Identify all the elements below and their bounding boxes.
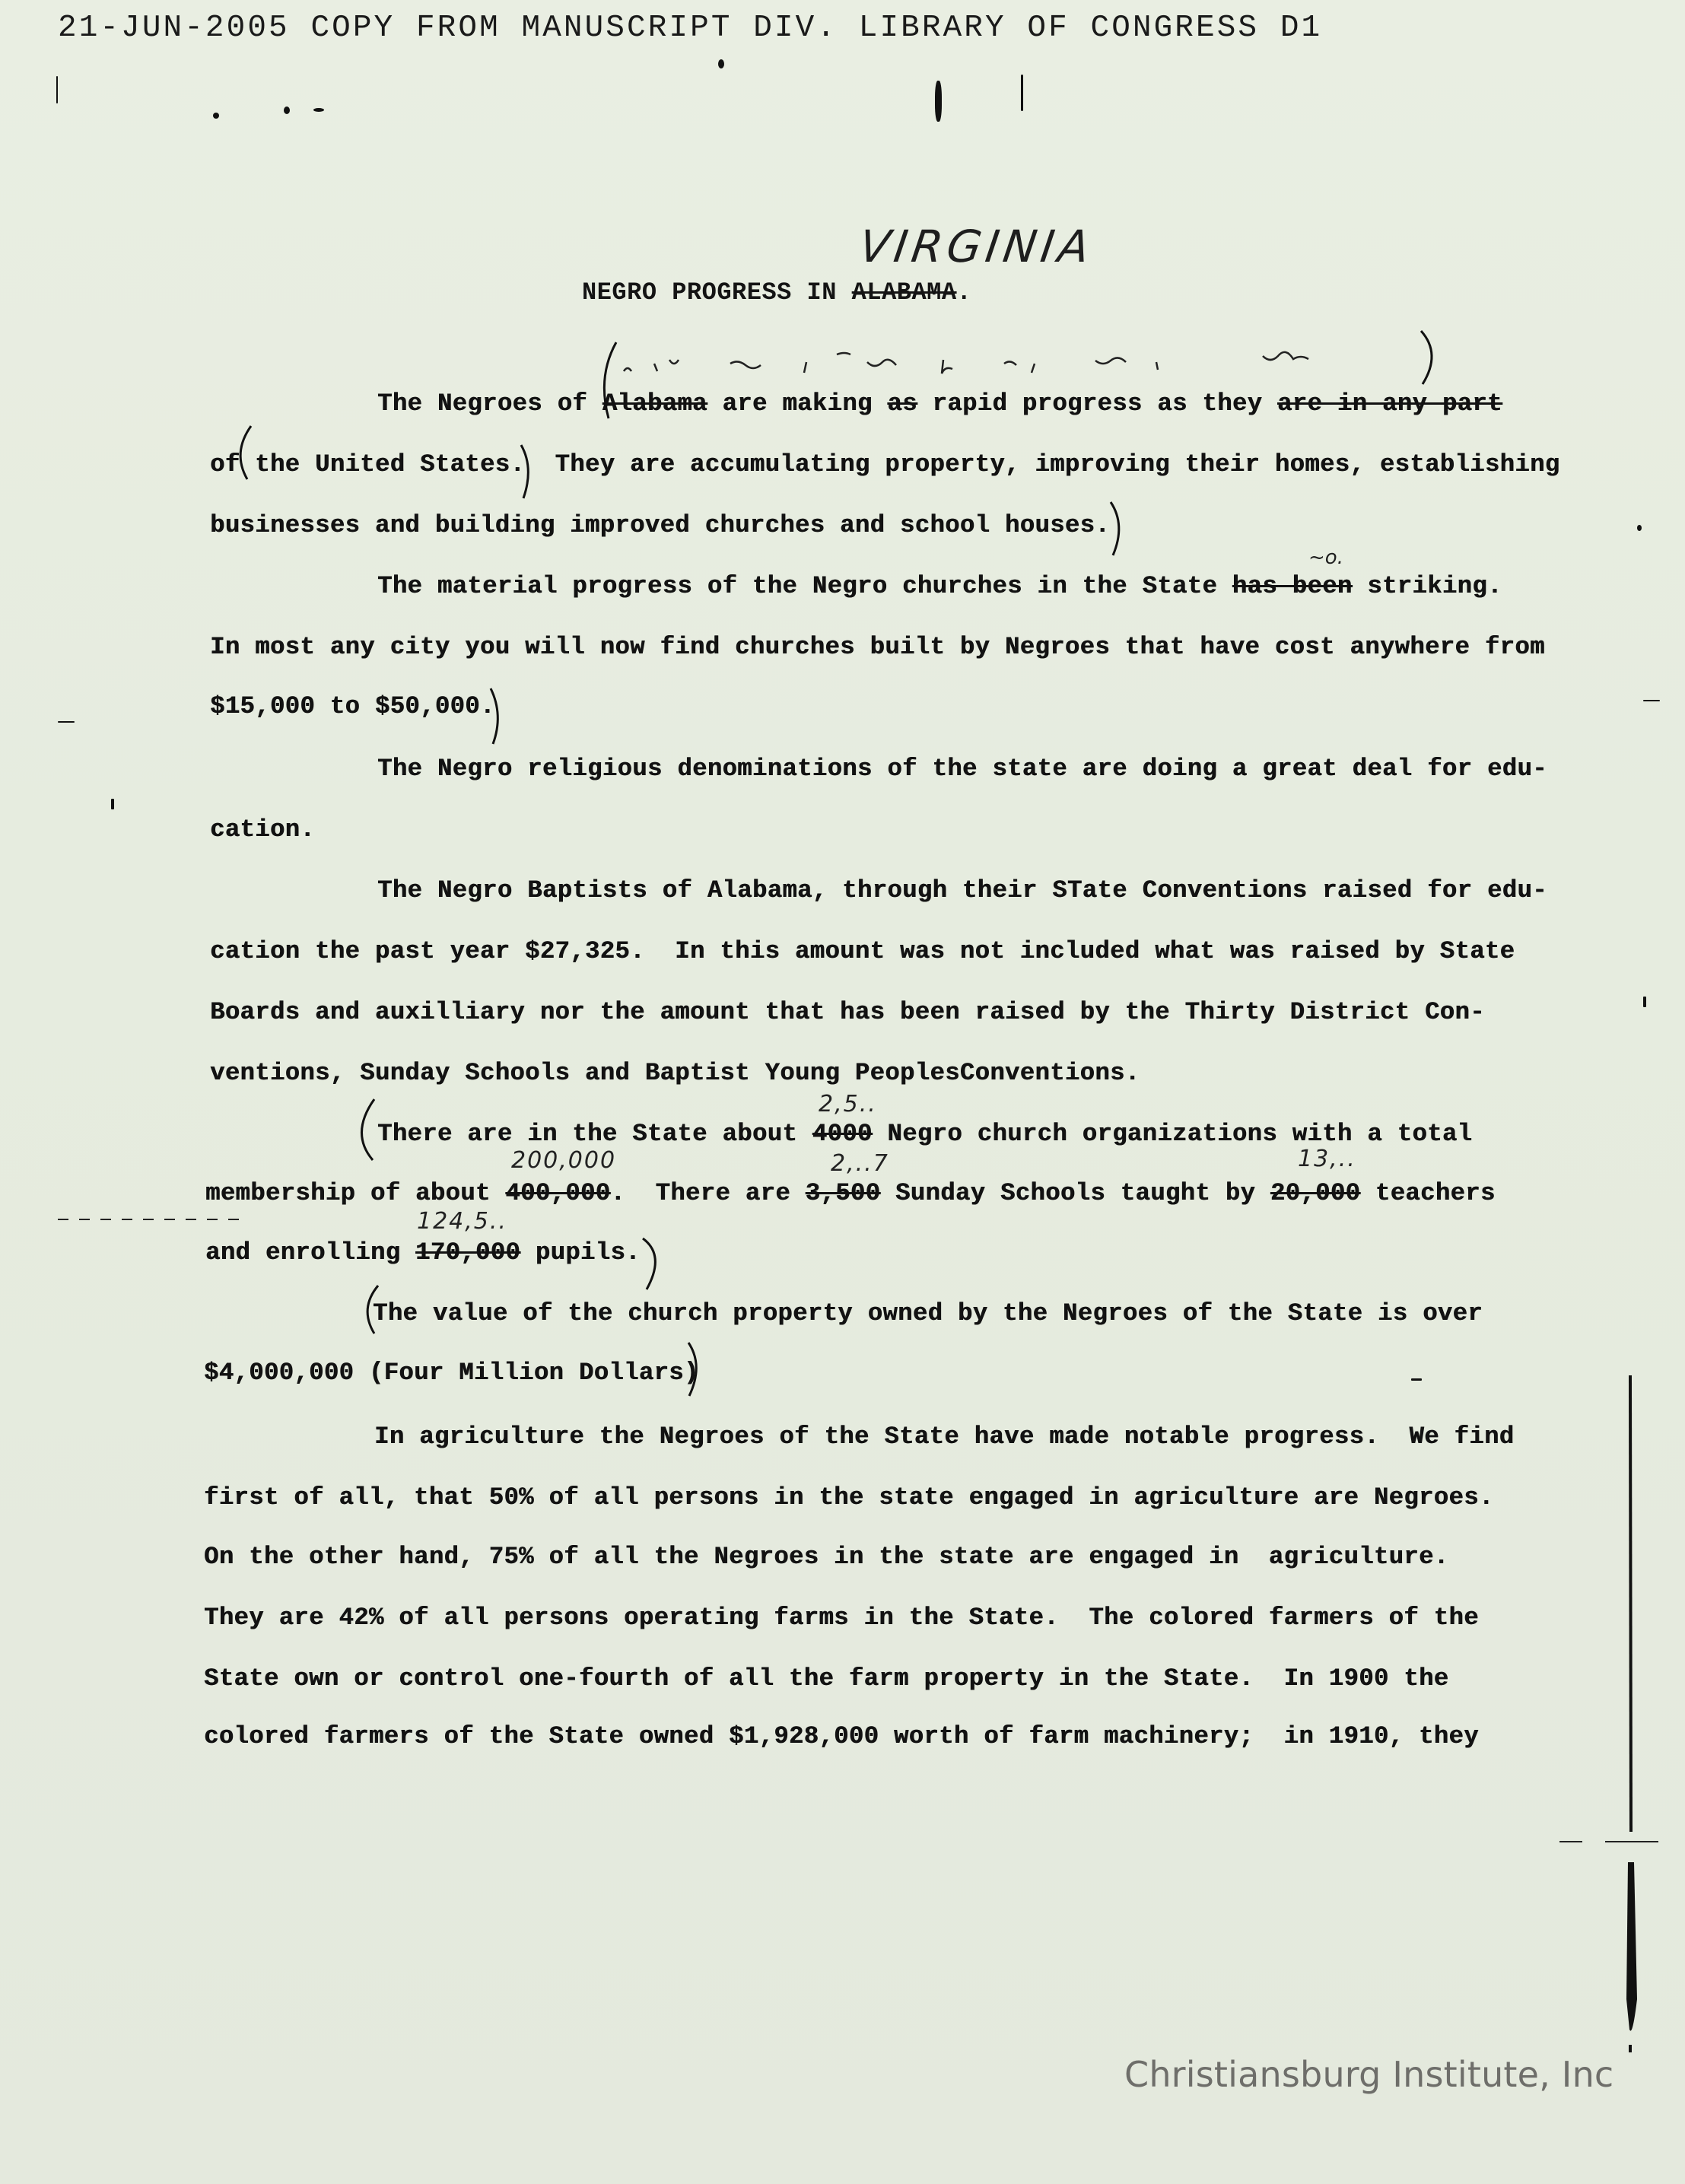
handwritten-state-correction: VIRGINIA: [856, 221, 1097, 272]
scan-speck: [1637, 525, 1642, 531]
paragraph-4-line-4: ventions, Sunday Schools and Baptist You…: [210, 1059, 1140, 1087]
handwritten-bracket-close-p5: [639, 1232, 669, 1293]
margin-crop-mark: [1559, 1841, 1582, 1842]
handwritten-correction-organizations: 2,5..: [819, 1091, 877, 1117]
struck-text: 3,500: [806, 1179, 881, 1207]
scan-speck: [1643, 997, 1646, 1007]
handwritten-correction-has-been: ~o.: [1308, 546, 1343, 569]
paragraph-4-line-3: Boards and auxilliary nor the amount tha…: [210, 998, 1485, 1026]
margin-ink-bar: [1619, 1375, 1642, 2060]
paragraph-7-line-2: first of all, that 50% of all persons in…: [204, 1483, 1494, 1512]
handwritten-correction-membership: 200,000: [511, 1147, 616, 1174]
scan-speck: [313, 108, 324, 112]
scan-speck: [284, 106, 290, 114]
handwritten-bracket-close-p1b: [1107, 498, 1130, 559]
struck-text: 4000: [812, 1120, 873, 1148]
paragraph-7-line-6: colored farmers of the State owned $1,92…: [204, 1722, 1479, 1750]
paragraph-2-line-3: $15,000 to $50,000.: [210, 692, 495, 720]
paragraph-7-line-3: On the other hand, 75% of all the Negroe…: [204, 1543, 1448, 1571]
paragraph-1-line-2: of the United States. They are accumulat…: [210, 450, 1559, 478]
title-prefix: NEGRO PROGRESS IN: [582, 278, 852, 307]
archive-copy-stamp: 21-JUN-2005 COPY FROM MANUSCRIPT DIV. LI…: [58, 11, 1322, 46]
struck-text: 20,000: [1270, 1179, 1360, 1207]
paragraph-1-line-1: The Negroes of Alabama are making as rap…: [377, 389, 1502, 418]
title-struck-state: ALABAMA: [852, 278, 957, 307]
scan-speck: [1021, 75, 1023, 111]
watermark-institution: Christiansburg Institute, Inc: [1124, 2054, 1613, 2095]
paragraph-5-line-3: and enrolling 170,000 pupils.: [205, 1238, 641, 1267]
margin-crop-mark: [1605, 1841, 1658, 1842]
paragraph-3-line-1: The Negro religious denominations of the…: [377, 755, 1547, 783]
margin-dash-mark: [58, 1219, 240, 1220]
scan-speck: [1643, 700, 1660, 701]
paragraph-4-line-2: cation the past year $27,325. In this am…: [210, 937, 1515, 965]
title-suffix: .: [957, 278, 972, 307]
paragraph-2-line-2: In most any city you will now find churc…: [210, 633, 1545, 661]
paragraph-7-line-5: State own or control one-fourth of all t…: [204, 1664, 1448, 1693]
struck-text: 170,000: [415, 1238, 520, 1267]
scan-speck: [111, 799, 114, 809]
paragraph-6-line-2: $4,000,000 (Four Million Dollars): [204, 1359, 699, 1387]
scan-speck: [935, 81, 942, 122]
scan-speck: [56, 76, 58, 103]
handwritten-bracket-open-p5: [350, 1095, 380, 1164]
paragraph-3-line-2: cation.: [210, 815, 315, 844]
scan-speck: [718, 59, 724, 68]
scan-speck: [1411, 1378, 1422, 1381]
paragraph-7-line-1: In agriculture the Negroes of the State …: [374, 1423, 1514, 1451]
struck-text: as: [887, 389, 917, 418]
handwritten-bracket-close-note: [1415, 327, 1445, 388]
struck-text: has been: [1232, 572, 1353, 600]
struck-text: Alabama: [602, 389, 707, 418]
paragraph-5-line-2: membership of about 400,000. There are 3…: [205, 1179, 1496, 1207]
paragraph-5-line-1: There are in the State about 4000 Negro …: [377, 1120, 1472, 1148]
paragraph-6-line-1: The value of the church property owned b…: [373, 1299, 1483, 1327]
paragraph-2-line-1: The material progress of the Negro churc…: [377, 572, 1502, 600]
document-title: NEGRO PROGRESS IN ALABAMA.: [582, 278, 971, 307]
scanned-document-page: 21-JUN-2005 COPY FROM MANUSCRIPT DIV. LI…: [0, 0, 1685, 2184]
struck-text: 400,000: [505, 1179, 610, 1207]
scan-speck: [58, 721, 75, 723]
handwritten-correction-sunday-schools: 2,..7: [831, 1150, 889, 1177]
struck-text: are in any part: [1277, 389, 1502, 418]
handwritten-correction-teachers: 13,..: [1298, 1146, 1356, 1172]
scan-speck: [213, 113, 219, 119]
paragraph-7-line-4: They are 42% of all persons operating fa…: [204, 1604, 1479, 1632]
paragraph-4-line-1: The Negro Baptists of Alabama, through t…: [377, 876, 1547, 904]
handwritten-insertion-note: [609, 341, 1438, 386]
handwritten-correction-pupils: 124,5..: [417, 1208, 507, 1235]
paragraph-1-line-3: businesses and building improved churche…: [210, 511, 1110, 539]
